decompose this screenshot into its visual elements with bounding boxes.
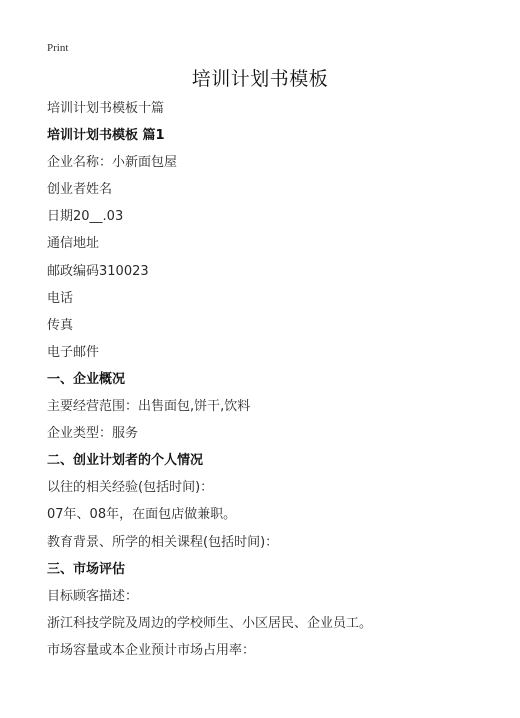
experience-value-line: 07年、08年，在面包店做兼职。 (47, 506, 507, 533)
target-customer-label-line: 目标顾客描述： (47, 588, 507, 615)
postcode-line: 邮政编码310023 (47, 263, 507, 290)
market-share-label-line: 市场容量或本企业预计市场占用率： (47, 642, 507, 669)
founder-name-line: 创业者姓名 (47, 181, 507, 208)
address-line: 通信地址 (47, 235, 507, 262)
company-name-line: 企业名称：小新面包屋 (47, 154, 507, 181)
company-type-line: 企业类型：服务 (47, 425, 507, 452)
target-customer-value-line: 浙江科技学院及周边的学校师生、小区居民、企业员工。 (47, 615, 507, 642)
email-line: 电子邮件 (47, 344, 507, 371)
print-label: Print (47, 41, 68, 55)
date-line: 日期20__.03 (47, 208, 507, 235)
education-label-line: 教育背景、所学的相关课程(包括时间)： (47, 534, 507, 561)
business-scope-line: 主要经营范围：出售面包,饼干,饮料 (47, 398, 507, 425)
fax-line: 传真 (47, 317, 507, 344)
phone-line: 电话 (47, 290, 507, 317)
heading-company-overview: 一、企业概况 (47, 371, 507, 398)
document-body: 培训计划书模板十篇 培训计划书模板 篇1 企业名称：小新面包屋 创业者姓名 日期… (47, 100, 507, 669)
experience-label-line: 以往的相关经验(包括时间)： (47, 479, 507, 506)
subtitle-line: 培训计划书模板十篇 (47, 100, 507, 127)
heading-market-assessment: 三、市场评估 (47, 561, 507, 588)
heading-founder-info: 二、创业计划者的个人情况 (47, 452, 507, 479)
document-title: 培训计划书模板 (0, 67, 520, 91)
section-heading-part1: 培训计划书模板 篇1 (47, 127, 507, 154)
